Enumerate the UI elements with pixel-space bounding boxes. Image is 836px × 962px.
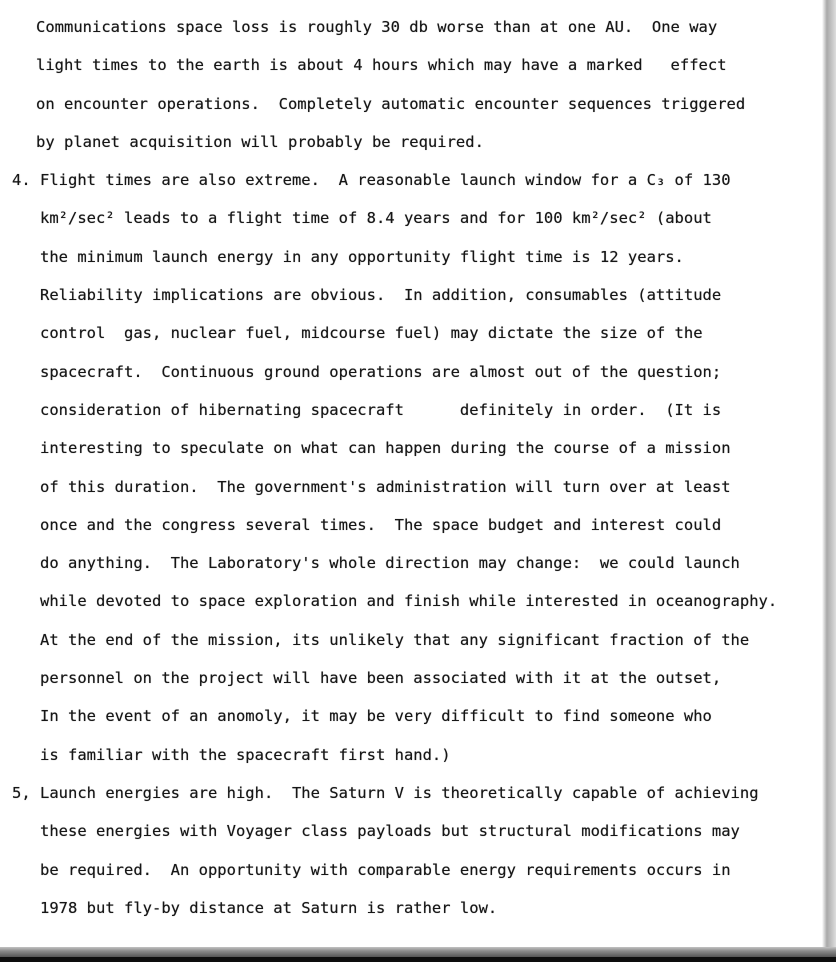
list-item-4: 4. Flight times are also extreme. A reas… <box>12 161 814 774</box>
document-page: Communications space loss is roughly 30 … <box>0 0 836 962</box>
page-bottom-edge-shadow <box>0 947 836 957</box>
list-item-5-number: 5, <box>12 774 40 812</box>
paragraph-communications: Communications space loss is roughly 30 … <box>36 8 814 161</box>
list-item-5: 5, Launch energies are high. The Saturn … <box>12 774 814 927</box>
page-right-edge-shadow <box>822 0 836 962</box>
list-item-5-text: Launch energies are high. The Saturn V i… <box>40 774 814 927</box>
list-item-4-text: Flight times are also extreme. A reasona… <box>40 161 814 774</box>
page-content: Communications space loss is roughly 30 … <box>12 8 814 927</box>
list-item-4-number: 4. <box>12 161 40 199</box>
scan-bottom-bar <box>0 957 836 962</box>
